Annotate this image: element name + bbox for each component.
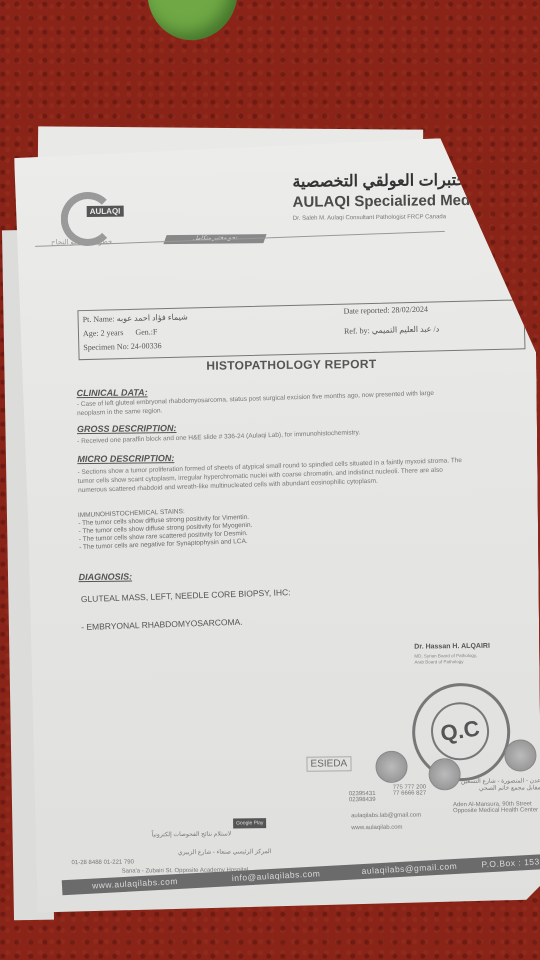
esieda-logo: ESIEDA (306, 756, 351, 771)
credentials-line: Arab Board of Pathology (414, 659, 477, 666)
branch-phone: 01-28 8488 (71, 860, 101, 866)
ihc-section: IMMUNOHISTOCHEMICAL STAINS: - The tumor … (78, 506, 253, 552)
report-title: HISTOPATHOLOGY REPORT (206, 357, 376, 373)
results-note: لاستلام نتائج الفحوصات إلكترونياً (71, 831, 231, 840)
age-gender-row: Age: 2 years Gen.:F (83, 327, 158, 338)
logo-text: AULAQI (87, 206, 124, 217)
google-play-badge[interactable]: Google Play (233, 818, 266, 828)
age-label: Age: (83, 329, 99, 338)
lab-name-english: AULAQI Specialized Med. Lab (293, 192, 506, 211)
diagnosis-heading: DIAGNOSIS: (78, 572, 132, 583)
branch-arabic: المركز الرئيسي صنعاء - شارع الزبيري (121, 848, 271, 857)
specimen-row: Specimen No: 24-00336 (83, 341, 161, 352)
email-small: aulaqilabs.lab@gmail.com (351, 813, 421, 820)
gender-value: F (153, 327, 158, 336)
stamp-center-text: Q.C (427, 698, 493, 764)
phone-numbers: 02395431 02398439 (349, 791, 376, 803)
footer-gmail[interactable]: aulaqilabs@gmail.com (361, 859, 457, 879)
quality-control-stamp: Q.C (405, 676, 517, 788)
address-line: Opposite Medical Health Center (453, 807, 538, 814)
phone-number: 02398439 (349, 797, 376, 803)
patient-name-row: Pt. Name: شيماء فؤاد احمد عوبه (83, 313, 188, 325)
diagnosis-result: - EMBRYONAL RHABDOMYOSARCOMA. (81, 617, 243, 632)
address-english: Aden Al-Mansura, 90th Street Opposite Me… (453, 801, 538, 814)
patient-name-value: شيماء فؤاد احمد عوبه (117, 313, 188, 324)
patient-name-label: Pt. Name: (83, 314, 115, 324)
date-label: Date reported: (343, 306, 389, 316)
date-value: 28/02/2024 (391, 305, 428, 315)
lab-report-page: AULAQI خطوات ... نحو النجاح نحو مختبر مت… (14, 137, 540, 912)
ref-label: Ref. by: (344, 326, 370, 336)
website-small: www.aulaqilab.com (351, 825, 402, 832)
footer-website[interactable]: www.aulaqilabs.com (92, 874, 179, 894)
micro-description-heading: MICRO DESCRIPTION: (77, 453, 174, 464)
specimen-value: 24-00336 (131, 341, 162, 351)
age-value: 2 years (100, 328, 123, 338)
footer-po-box: P.O.Box : 15359 (481, 854, 540, 873)
address-line: مقابل مجمع خاتم الصحي (451, 784, 540, 792)
diagnosis-site: GLUTEAL MASS, LEFT, NEEDLE CORE BIOPSY, … (81, 587, 291, 604)
patient-info-box: Pt. Name: شيماء فؤاد احمد عوبه Age: 2 ye… (77, 299, 525, 360)
gross-description-heading: GROSS DESCRIPTION: (77, 423, 177, 434)
gender-label: Gen.: (135, 327, 153, 336)
clinical-data-heading: CLINICAL DATA: (77, 387, 148, 398)
branch-phone: 01-221 790 (104, 860, 134, 866)
director-line: Dr. Saleh M. Aulaqi Consultant Pathologi… (293, 214, 446, 222)
leaf (141, 0, 238, 46)
branch-phones: 01-28 8488 01-221 790 (71, 860, 133, 867)
specimen-label: Specimen No: (83, 342, 129, 352)
date-reported-row: Date reported: 28/02/2024 (343, 305, 428, 316)
mobile-number: 77 6666 827 (393, 790, 426, 796)
ref-value: د/ عبد العليم التميمي (372, 324, 440, 335)
accreditation-seal-icon (375, 751, 407, 783)
referred-by-row: Ref. by: د/ عبد العليم التميمي (344, 324, 439, 335)
accreditation-seal-icon (504, 739, 536, 771)
pathologist-credentials: MD, Syrian Board of Pathology, Arab Boar… (414, 653, 477, 666)
pathologist-name: Dr. Hassan H. ALQAIRI (414, 643, 490, 651)
lab-name-arabic: مختبرات العولقي التخصصية (292, 170, 475, 192)
mobile-numbers: 775 777 200 77 6666 827 (393, 784, 426, 796)
address-arabic: عدن - المنصورة - شارع التسعين مقابل مجمع… (451, 777, 540, 792)
